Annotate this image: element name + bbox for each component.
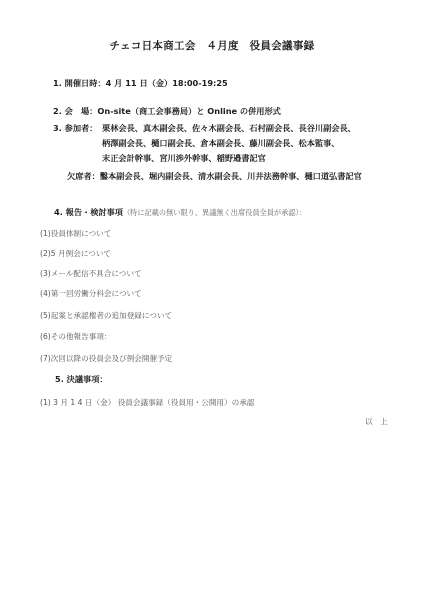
section-2-label: 2. 会 場： bbox=[53, 106, 97, 116]
closing-mark: 以 上 bbox=[365, 416, 388, 427]
section-4-note: （特に記載の無い限り、異議無く出席役員全員が承認）： bbox=[123, 208, 306, 217]
section-2-value: On-site（商工会事務局）と Online の併用形式 bbox=[97, 106, 280, 116]
attendees-line: 柄澤副会長、樋口副会長、倉本副会長、藤川副会長、松本監事、 bbox=[102, 138, 339, 149]
report-item: (6)その他報告事項： bbox=[40, 331, 112, 342]
document-title: チェコ日本商工会 ４月度 役員会議事録 bbox=[0, 38, 424, 53]
section-1-datetime: 1. 開催日時：4 月 11 日（金）18:00-19:25 bbox=[53, 78, 228, 89]
report-item: (1)役員体制について bbox=[40, 228, 111, 239]
section-4-label: 4. 報告・検討事項 bbox=[54, 207, 123, 217]
section-1-value: 4 月 11 日（金）18:00-19:25 bbox=[106, 78, 228, 88]
attendees-line: 栗林会長、真木副会長、佐々木副会長、石村副会長、長谷川副会長、 bbox=[102, 123, 356, 134]
report-item: (7)次回以降の役員会及び例会開催予定 bbox=[40, 353, 172, 364]
absentees: 欠席者：鑿本副会長、堀内副会長、清水副会長、川井法務幹事、樋口道弘書記官 bbox=[67, 171, 362, 182]
resolution-item: (1) 3 月 1 4 日（金） 役員会議事録（役員用・公開用）の承認 bbox=[40, 397, 254, 408]
section-1-label: 1. 開催日時： bbox=[53, 78, 106, 88]
report-item: (5)起案と承認権者の追加登録について bbox=[40, 310, 172, 321]
attendees-line: 末正会計幹事、宮川渉外幹事、稲野邉書記官 bbox=[102, 153, 266, 164]
absentees-label: 欠席者： bbox=[67, 171, 100, 181]
report-item: (4)第一回労働分科会について bbox=[40, 288, 142, 299]
section-4-heading: 4. 報告・検討事項（特に記載の無い限り、異議無く出席役員全員が承認）： bbox=[54, 207, 306, 218]
section-3-label: 3. 参加者： bbox=[53, 123, 97, 134]
report-item: (2)5 月例会について bbox=[40, 248, 111, 259]
section-2-venue: 2. 会 場：On-site（商工会事務局）と Online の併用形式 bbox=[53, 106, 281, 117]
section-5-label: 5. 決議事項： bbox=[55, 374, 108, 385]
report-item: (3)メール配信不具合について bbox=[40, 268, 142, 279]
absentees-value: 鑿本副会長、堀内副会長、清水副会長、川井法務幹事、樋口道弘書記官 bbox=[100, 171, 362, 181]
